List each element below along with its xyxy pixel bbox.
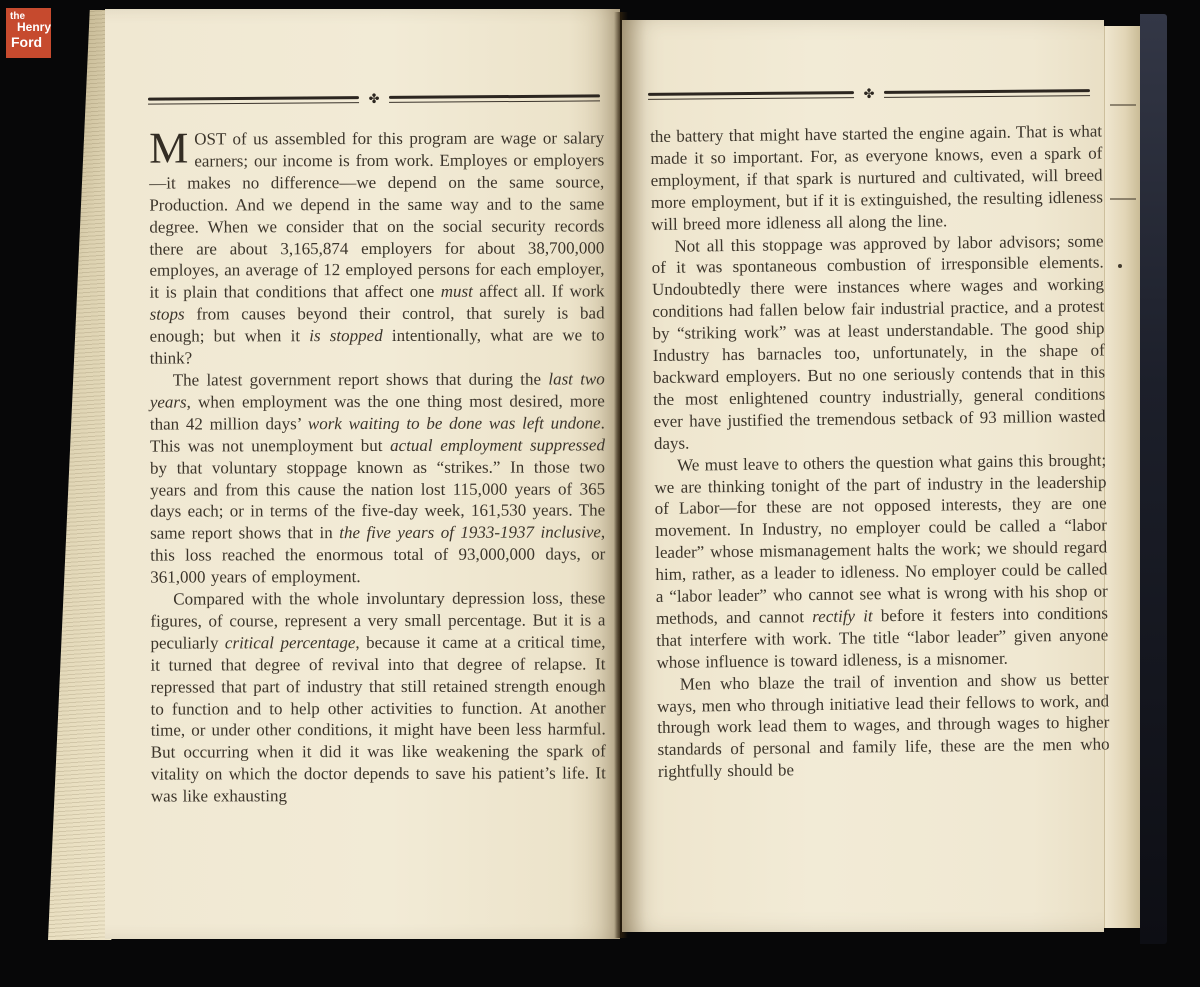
- left-page-text: MOST of us assembled for this program ar…: [149, 127, 606, 807]
- double-rule: [389, 94, 600, 102]
- paragraph: Men who blaze the trail of invention and…: [657, 668, 1110, 783]
- henry-ford-museum-logo: the Henry Ford: [6, 8, 51, 58]
- drop-cap: M: [149, 128, 194, 165]
- logo-text-henry: Henry: [17, 21, 51, 33]
- underpage-dot-mark: [1118, 264, 1122, 268]
- paragraph: MOST of us assembled for this program ar…: [149, 127, 605, 369]
- paragraph: Compared with the whole involuntary depr…: [150, 587, 606, 807]
- double-rule: [648, 91, 854, 100]
- paragraph: the battery that might have started the …: [650, 120, 1103, 235]
- fleuron-icon: ✤: [863, 88, 874, 101]
- underpage-rule-mark: [1110, 198, 1136, 200]
- book-cover-edge: [1140, 14, 1167, 944]
- logo-text-ford: Ford: [11, 35, 42, 49]
- right-page-edge-stack: [1104, 26, 1141, 928]
- book-photo-scene: the Henry Ford ✤ ✤ MOST of us assembled …: [0, 0, 1200, 987]
- double-rule: [884, 89, 1090, 98]
- paragraph: Not all this stoppage was approved by la…: [651, 230, 1106, 455]
- double-rule: [148, 96, 359, 104]
- paragraph: The latest government report shows that …: [150, 368, 606, 588]
- paragraph: We must leave to others the question wha…: [654, 449, 1109, 674]
- underpage-rule-mark: [1110, 104, 1136, 106]
- right-page-text: the battery that might have started the …: [650, 120, 1110, 783]
- fleuron-icon: ✤: [369, 93, 380, 106]
